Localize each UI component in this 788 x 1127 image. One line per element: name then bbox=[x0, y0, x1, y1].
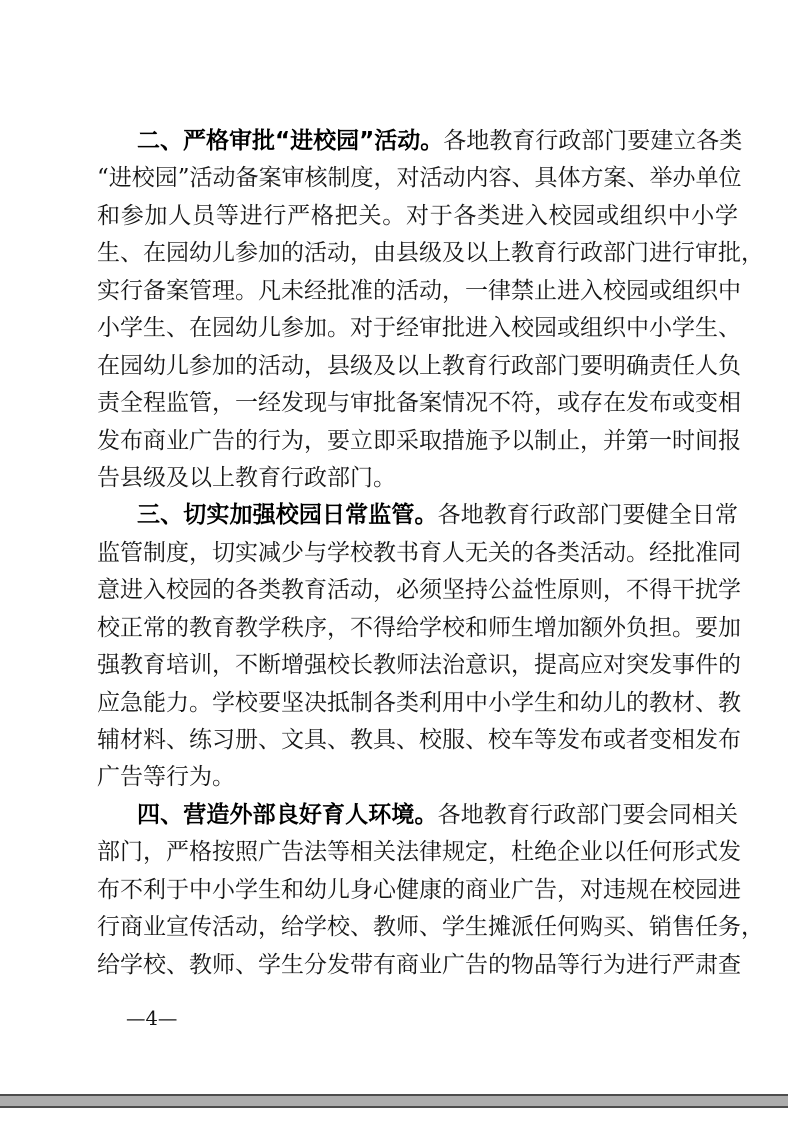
text-line: 告县级及以上教育行政部门。 bbox=[97, 460, 738, 497]
text-line: “进校园”活动备案审核制度，对活动内容、具体方案、举办单位 bbox=[97, 160, 738, 197]
line-text: 布不利于中小学生和幼儿身心健康的商业广告，对违规在校园进 bbox=[97, 877, 741, 903]
line-text: 监管制度，切实减少与学校教书育人无关的各类活动。经批准同 bbox=[97, 540, 741, 566]
text-line: 辅材料、练习册、文具、教具、校服、校车等发布或者变相发布 bbox=[97, 722, 738, 759]
text-line: 行商业宣传活动，给学校、教师、学生摊派任何购买、销售任务， bbox=[97, 909, 738, 946]
text-line: 生、在园幼儿参加的活动，由县级及以上教育行政部门进行审批， bbox=[97, 235, 738, 272]
line-text: 广告等行为。 bbox=[97, 764, 235, 790]
text-line: 监管制度，切实减少与学校教书育人无关的各类活动。经批准同 bbox=[97, 535, 738, 572]
text-line: 意进入校园的各类教育活动，必须坚持公益性原则，不得干扰学 bbox=[97, 572, 738, 609]
line-text: 给学校、教师、学生分发带有商业广告的物品等行为进行严肃查 bbox=[97, 952, 741, 978]
text-line: 实行备案管理。凡未经批准的活动，一律禁止进入校园或组织中 bbox=[97, 273, 738, 310]
line-text: “进校园”活动备案审核制度，对活动内容、具体方案、举办单位 bbox=[97, 165, 742, 191]
line-text: 意进入校园的各类教育活动，必须坚持公益性原则，不得干扰学 bbox=[97, 577, 741, 603]
text-line: 布不利于中小学生和幼儿身心健康的商业广告，对违规在校园进 bbox=[97, 872, 738, 909]
text-line: 校正常的教育教学秩序，不得给学校和师生增加额外负担。要加 bbox=[97, 610, 738, 647]
text-line: 在园幼儿参加的活动，县级及以上教育行政部门要明确责任人负 bbox=[97, 348, 738, 385]
line-text: 生、在园幼儿参加的活动，由县级及以上教育行政部门进行审批， bbox=[97, 240, 764, 266]
section-heading: 二、严格审批“进校园”活动。 bbox=[137, 128, 443, 154]
text-line: 给学校、教师、学生分发带有商业广告的物品等行为进行严肃查 bbox=[97, 947, 738, 984]
line-text: 小学生、在园幼儿参加。对于经审批进入校园或组织中小学生、 bbox=[97, 315, 741, 341]
line-text: 强教育培训，不断增强校长教师法治意识，提高应对突发事件的 bbox=[97, 652, 741, 678]
line-text: 和参加人员等进行严格把关。对于各类进入校园或组织中小学 bbox=[97, 203, 738, 229]
text-line: 发布商业广告的行为，要立即采取措施予以制止，并第一时间报 bbox=[97, 423, 738, 460]
line-text: 责全程监管，一经发现与审批备案情况不符，或存在发布或变相 bbox=[97, 390, 741, 416]
line-text: 告县级及以上教育行政部门。 bbox=[97, 465, 396, 491]
line-text: 辅材料、练习册、文具、教具、校服、校车等发布或者变相发布 bbox=[97, 727, 741, 753]
line-text: 实行备案管理。凡未经批准的活动，一律禁止进入校园或组织中 bbox=[97, 278, 741, 304]
text-line: 强教育培训，不断增强校长教师法治意识，提高应对突发事件的 bbox=[97, 647, 738, 684]
section-heading: 四、营造外部良好育人环境。 bbox=[137, 802, 438, 828]
section-heading: 三、切实加强校园日常监管。 bbox=[137, 502, 438, 528]
document-page: 二、严格审批“进校园”活动。各地教育行政部门要建立各类 “进校园”活动备案审核制… bbox=[0, 0, 788, 1127]
text-line: 小学生、在园幼儿参加。对于经审批进入校园或组织中小学生、 bbox=[97, 310, 738, 347]
line-text: 校正常的教育教学秩序，不得给学校和师生增加额外负担。要加 bbox=[97, 615, 741, 641]
line-text: 各地教育行政部门要健全日常 bbox=[438, 502, 738, 528]
text-line: 应急能力。学校要坚决抵制各类利用中小学生和幼儿的教材、教 bbox=[97, 685, 738, 722]
line-text: 在园幼儿参加的活动，县级及以上教育行政部门要明确责任人负 bbox=[97, 353, 741, 379]
text-line: 二、严格审批“进校园”活动。各地教育行政部门要建立各类 bbox=[97, 123, 738, 160]
text-line: 和参加人员等进行严格把关。对于各类进入校园或组织中小学 bbox=[97, 198, 738, 235]
line-text: 各地教育行政部门要会同相关 bbox=[438, 802, 738, 828]
line-text: 各地教育行政部门要建立各类 bbox=[443, 128, 742, 154]
text-line: 四、营造外部良好育人环境。各地教育行政部门要会同相关 bbox=[97, 797, 738, 834]
text-line: 广告等行为。 bbox=[97, 759, 738, 796]
line-text: 部门，严格按照广告法等相关法律规定，杜绝企业以任何形式发 bbox=[97, 839, 741, 865]
line-text: 发布商业广告的行为，要立即采取措施予以制止，并第一时间报 bbox=[97, 428, 741, 454]
text-line: 部门，严格按照广告法等相关法律规定，杜绝企业以任何形式发 bbox=[97, 834, 738, 871]
line-text: 行商业宣传活动，给学校、教师、学生摊派任何购买、销售任务， bbox=[97, 914, 764, 940]
page-number: —4— bbox=[126, 1005, 177, 1033]
line-text: 应急能力。学校要坚决抵制各类利用中小学生和幼儿的教材、教 bbox=[97, 690, 741, 716]
page-bottom-separator-bar bbox=[0, 1094, 788, 1108]
document-text: 二、严格审批“进校园”活动。各地教育行政部门要建立各类 “进校园”活动备案审核制… bbox=[97, 123, 738, 984]
text-line: 三、切实加强校园日常监管。各地教育行政部门要健全日常 bbox=[97, 497, 738, 534]
text-line: 责全程监管，一经发现与审批备案情况不符，或存在发布或变相 bbox=[97, 385, 738, 422]
